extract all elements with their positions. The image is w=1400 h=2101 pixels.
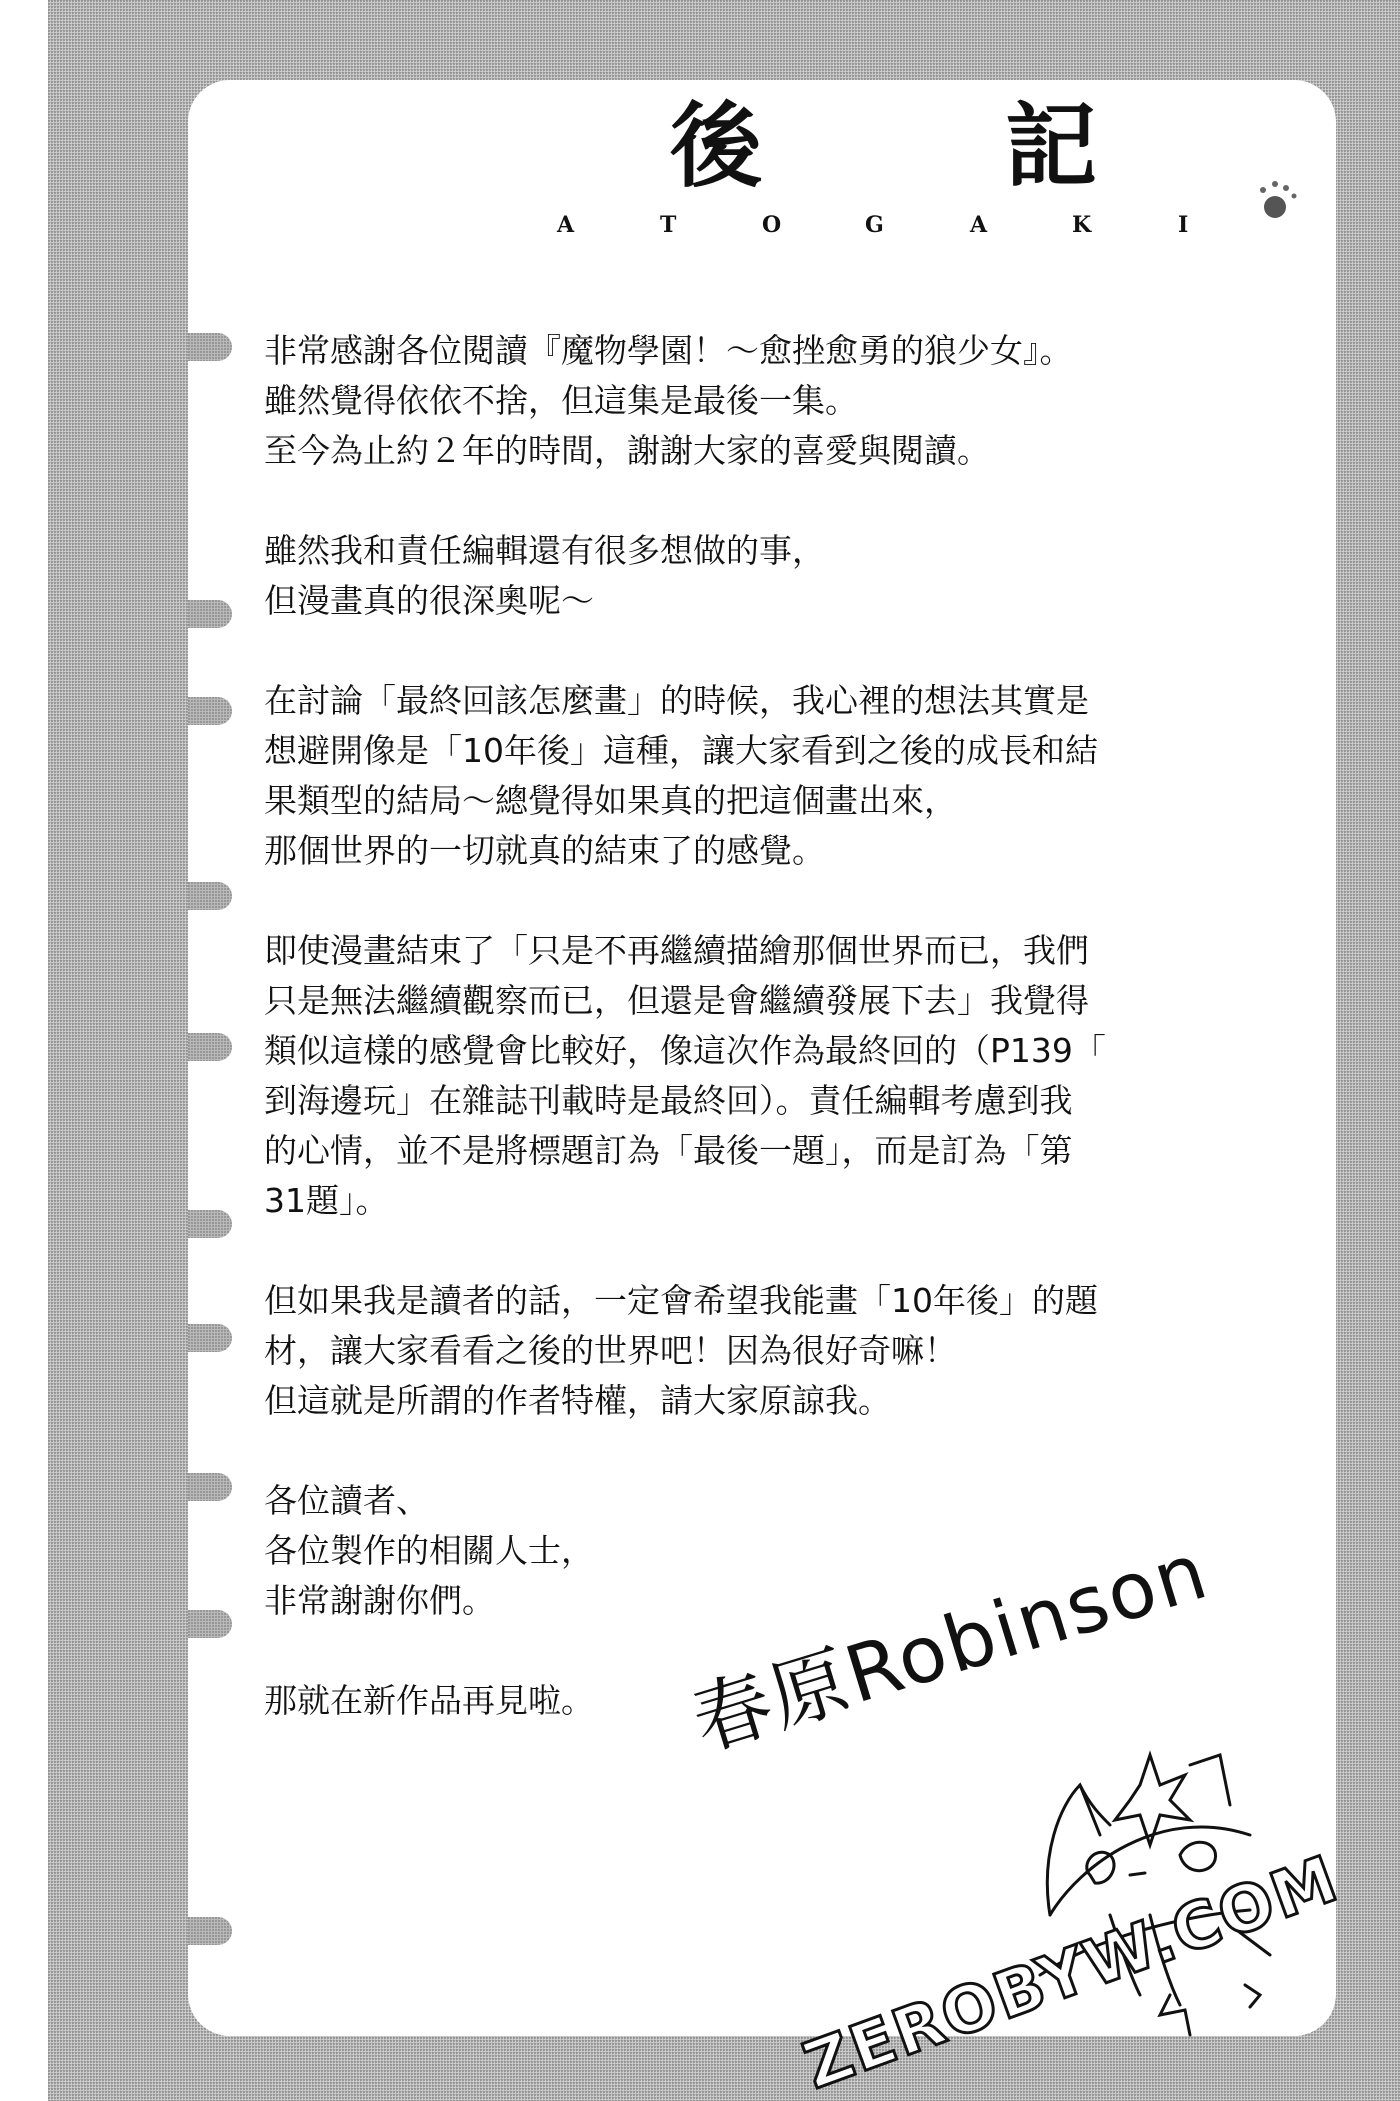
text-line: 在討論「最終回該怎麼畫」的時候，我心裡的想法其實是	[264, 676, 1264, 726]
subtitle-letter: K	[1072, 212, 1091, 238]
binder-tab	[188, 600, 232, 628]
paw-print-icon	[1258, 178, 1302, 222]
paragraph: 雖然我和責任編輯還有很多想做的事， 但漫畫真的很深奧呢～	[264, 526, 1264, 626]
text-line: 雖然覺得依依不捨，但這集是最後一集。	[264, 376, 1264, 426]
subtitle-letter: A	[557, 212, 574, 238]
text-line: 雖然我和責任編輯還有很多想做的事，	[264, 526, 1264, 576]
binder-tab	[188, 882, 232, 910]
subtitle-letter: A	[970, 212, 987, 238]
text-line: 果類型的結局～總覺得如果真的把這個畫出來，	[264, 776, 1264, 826]
text-line: 只是無法繼續觀察而已，但還是會繼續發展下去」我覺得	[264, 976, 1264, 1026]
paragraph: 但如果我是讀者的話，一定會希望我能畫「10年後」的題 材，讓大家看看之後的世界吧…	[264, 1276, 1264, 1426]
text-line: 材，讓大家看看之後的世界吧！因為很好奇嘛！	[264, 1326, 1264, 1376]
text-line: 的心情，並不是將標題訂為「最後一題」，而是訂為「第	[264, 1126, 1264, 1176]
binder-tab	[188, 1610, 232, 1638]
binder-tab	[188, 333, 232, 361]
binder-tab	[188, 1033, 232, 1061]
text-line: 非常感謝各位閱讀『魔物學園！～愈挫愈勇的狼少女』。	[264, 326, 1264, 376]
binder-tab	[188, 1917, 232, 1945]
title-char-1: 後	[670, 92, 762, 202]
title-char-2: 記	[1005, 92, 1097, 202]
text-line: 各位讀者、	[264, 1476, 1264, 1526]
paragraph: 非常感謝各位閱讀『魔物學園！～愈挫愈勇的狼少女』。 雖然覺得依依不捨，但這集是最…	[264, 326, 1264, 476]
text-line: 想避開像是「10年後」這種，讓大家看到之後的成長和結	[264, 726, 1264, 776]
text-line: 31題」。	[264, 1176, 1264, 1226]
subtitle-letter: G	[865, 212, 884, 238]
text-line: 但如果我是讀者的話，一定會希望我能畫「10年後」的題	[264, 1276, 1264, 1326]
text-line: 但漫畫真的很深奧呢～	[264, 576, 1264, 626]
subtitle-letter: I	[1178, 212, 1188, 238]
text-line: 即使漫畫結束了「只是不再繼續描繪那個世界而已，我們	[264, 926, 1264, 976]
binder-tab	[188, 1324, 232, 1352]
text-line: 類似這樣的感覺會比較好，像這次作為最終回的（P139「	[264, 1026, 1264, 1076]
binder-tab	[188, 1210, 232, 1238]
text-line: 那個世界的一切就真的結束了的感覺。	[264, 826, 1264, 876]
subtitle-letter: O	[762, 212, 781, 238]
paragraph: 即使漫畫結束了「只是不再繼續描繪那個世界而已，我們 只是無法繼續觀察而已，但還是…	[264, 926, 1264, 1226]
paragraph: 在討論「最終回該怎麼畫」的時候，我心裡的想法其實是 想避開像是「10年後」這種，…	[264, 676, 1264, 876]
text-line: 到海邊玩」在雜誌刊載時是最終回）。責任編輯考慮到我	[264, 1076, 1264, 1126]
binder-tab	[188, 1473, 232, 1501]
text-line: 但這就是所謂的作者特權，請大家原諒我。	[264, 1376, 1264, 1426]
binder-tab	[188, 697, 232, 725]
text-line: 至今為止約２年的時間，謝謝大家的喜愛與閱讀。	[264, 426, 1264, 476]
subtitle-letter: T	[660, 212, 676, 238]
page-title: 後 記	[0, 92, 1400, 202]
